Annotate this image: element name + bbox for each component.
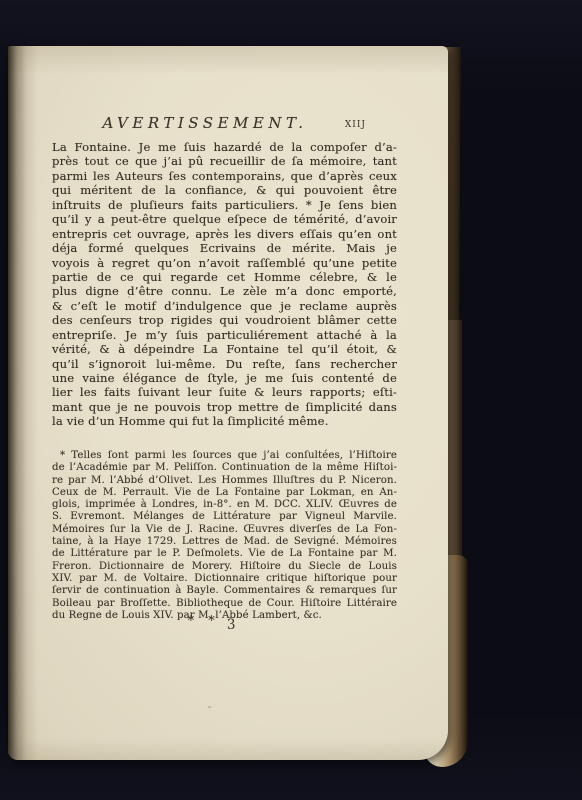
signature-asterisks: * * — [188, 614, 220, 629]
signature-number: 3 — [227, 617, 236, 633]
text-line: la vie d’un Homme qui fut la ſimplicité … — [52, 414, 397, 428]
running-head: AVERTISSEMENT. xiij — [52, 114, 398, 134]
footnote-text: * Telles ſont parmi les ſources que j’ai… — [52, 450, 397, 622]
text-line: S. Evremont. Mélanges de Littérature par… — [52, 511, 397, 523]
text-line: Freron. Dictionnaire de Morery. Hiſtoire… — [52, 561, 397, 573]
text-line: ſervir de continuation à Bayle. Commenta… — [52, 585, 397, 597]
text-line: inſtruits de pluſieurs faits particulier… — [52, 198, 397, 212]
text-line: * Telles ſont parmi les ſources que j’ai… — [52, 450, 397, 462]
text-line: XIV. par M. de Voltaire. Dictionnaire cr… — [52, 573, 397, 585]
text-line: re par M. l’Abbé d’Olivet. Les Hommes Il… — [52, 475, 397, 487]
photo-background: AVERTISSEMENT. xiij La Fontaine. Je me ſ… — [0, 0, 582, 800]
text-line: partie de ce qui regarde cet Homme céleb… — [52, 270, 397, 284]
text-line: taine, à la Haye 1729. Lettres de Mad. d… — [52, 536, 397, 548]
text-line: qu’il s’ignoroit lui-même. Du reſte, ſan… — [52, 357, 397, 371]
text-line: de l’Académie par M. Peliſſon. Continuat… — [52, 462, 397, 474]
text-line: Ceux de M. Perrault. Vie de La Fontaine … — [52, 487, 397, 499]
text-line: vérité, & à dépeindre La Fontaine tel qu… — [52, 342, 397, 356]
text-line: & c’eſt le motif d’indulgence que je rec… — [52, 299, 397, 313]
text-line: parmi les Auteurs ſes contemporains, que… — [52, 169, 397, 183]
text-line: plus digne d’être connu. Le zèle m’a don… — [52, 284, 397, 298]
text-line: Boileau par Broſſette. Bibliotheque de C… — [52, 598, 397, 610]
text-line: voyois à regret qu’on n’avoit raſſemblé … — [52, 256, 397, 270]
text-line: déja formé quelques Ecrivains de mérite.… — [52, 241, 397, 255]
signature-mark: * * 3 — [52, 612, 397, 631]
book-page: AVERTISSEMENT. xiij La Fontaine. Je me ſ… — [8, 46, 448, 760]
text-line: de Littérature par le P. Deſmolets. Vie … — [52, 548, 397, 560]
text-line: qui méritent de la confiance, & qui pouv… — [52, 183, 397, 197]
text-line: près tout ce que j’ai pû recueillir de ſ… — [52, 154, 397, 168]
text-line: Mémoires ſur la Vie de J. Racine. Œuvres… — [52, 524, 397, 536]
text-line: La Fontaine. Je me ſuis hazardé de la co… — [52, 140, 397, 154]
page-title: AVERTISSEMENT. — [52, 114, 358, 132]
binding-gutter-shadow — [8, 46, 38, 760]
body-text: La Fontaine. Je me ſuis hazardé de la co… — [52, 140, 397, 429]
paper-speck — [128, 296, 130, 298]
text-line: glois, imprimée à Londres, in-8°. en M. … — [52, 499, 397, 511]
text-line: des cenſeurs trop rigides qui voudroient… — [52, 313, 397, 327]
paper-speck — [208, 706, 211, 708]
paper-speck — [308, 566, 310, 569]
text-line: lier les faits ſuivant leur ſuite & leur… — [52, 385, 397, 399]
text-line: mant que je ne pouvois trop mettre de ſi… — [52, 400, 397, 414]
text-line: entrepriſe. Je m’y ſuis particuliérement… — [52, 328, 397, 342]
text-line: une vaine élégance de ſtyle, je me ſuis … — [52, 371, 397, 385]
text-line: qu’il y a peut-être quelque eſpece de té… — [52, 212, 397, 226]
page-number: xiij — [345, 115, 366, 130]
text-line: entrepris cet ouvrage, après les divers … — [52, 227, 397, 241]
